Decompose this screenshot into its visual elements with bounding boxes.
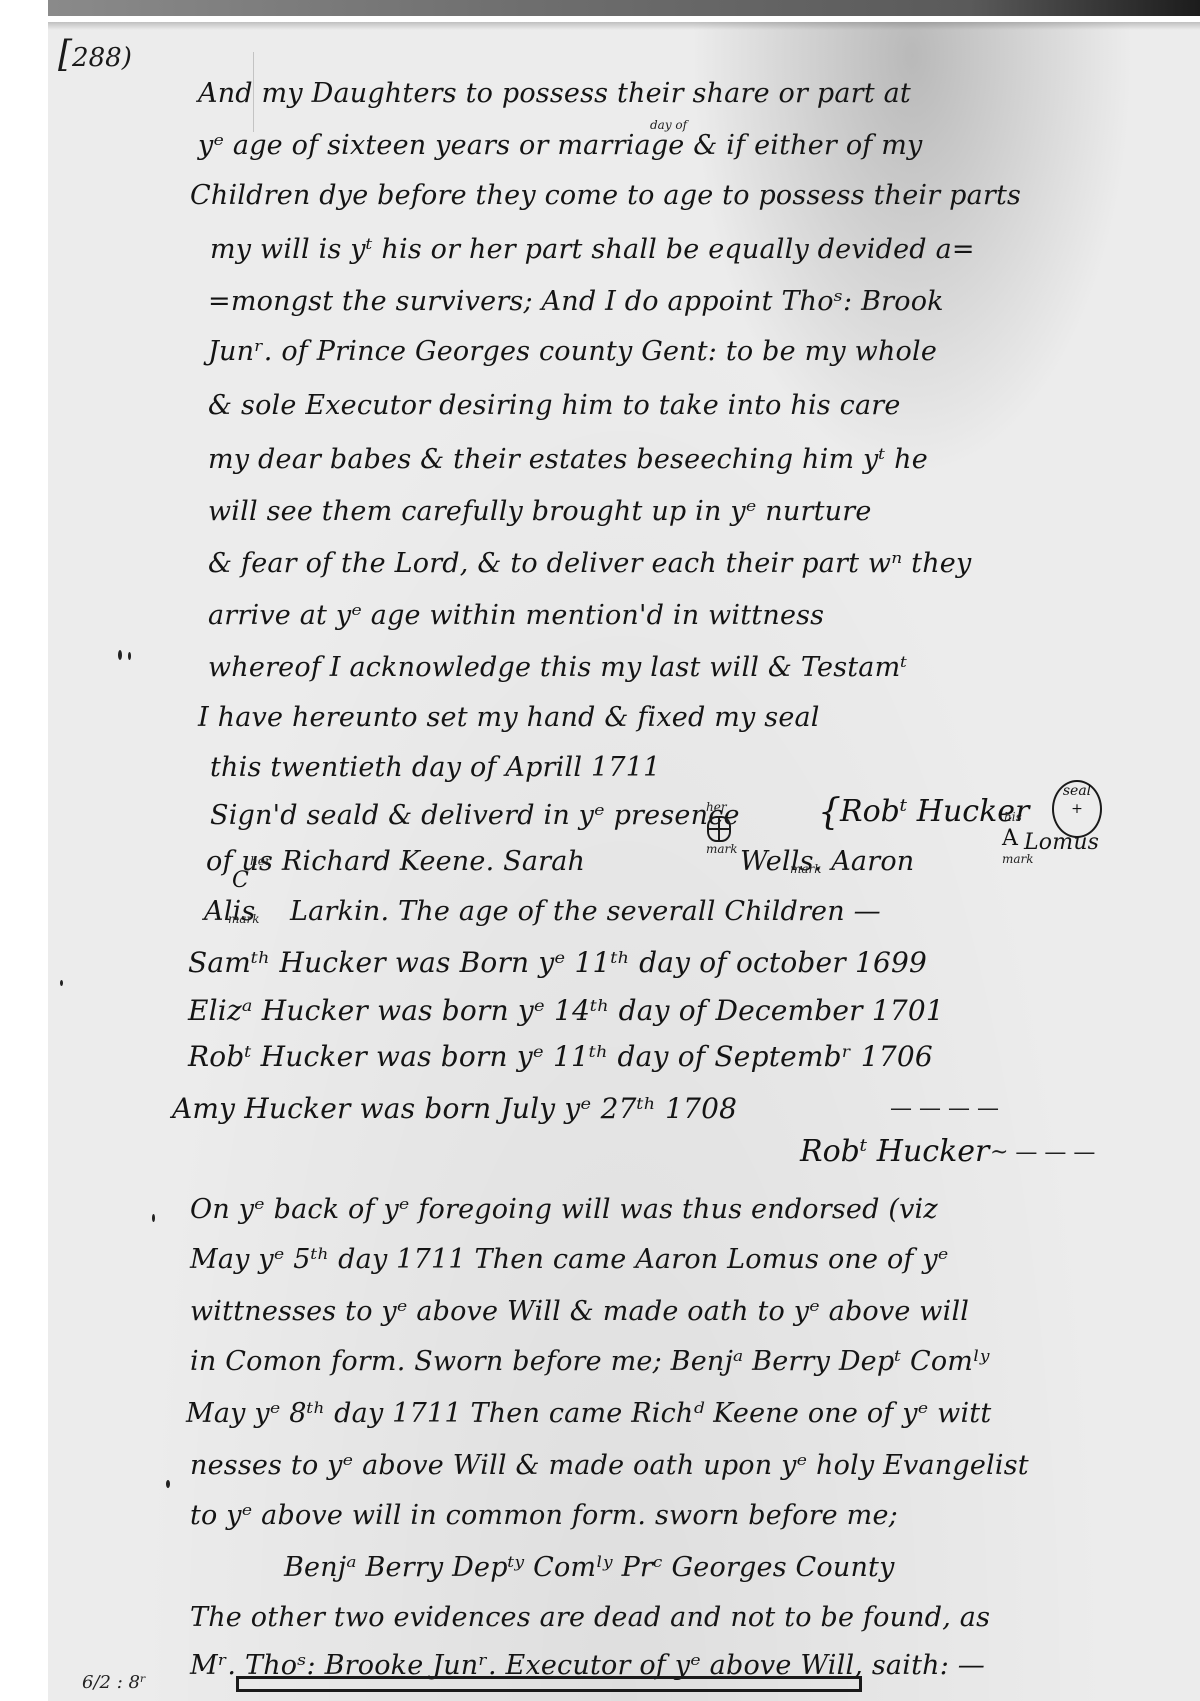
endorsement-line-6: nesses to yᵉ above Will & made oath upon… (190, 1450, 1029, 1481)
interlinear-mark-3: mark (228, 912, 260, 926)
text-line-4: my will is yᵗ his or her part shall be e… (210, 234, 975, 265)
closing-double-rule (236, 1676, 862, 1692)
endorsement-line-5: May yᵉ 8ᵗʰ day 1711 Then came Richᵈ Keen… (186, 1398, 991, 1429)
endorsement-line-7: to yᵉ above will in common form. sworn b… (190, 1500, 898, 1531)
text-line-9: will see them carefully brought up in yᵉ… (208, 496, 872, 527)
text-line-14: this twentieth day of Aprill 1711 (210, 752, 660, 783)
sarah-wells-mark-icon (707, 816, 731, 842)
dash-tail: — — — — (890, 1096, 999, 1121)
text-line-12: whereof I acknowledge this my last will … (208, 652, 907, 683)
endorsement-line-2: May yᵉ 5ᵗʰ day 1711 Then came Aaron Lomu… (190, 1244, 949, 1275)
interlinear-her-2: her (250, 854, 271, 868)
endorsement-line-8: Benjᵃ Berry Depᵗʸ Comˡʸ Prᶜ Georges Coun… (284, 1552, 895, 1583)
text-line-13: I have hereunto set my hand & fixed my s… (198, 702, 820, 733)
interlinear-his-1: his (1004, 810, 1022, 824)
folio-paren: ) (122, 43, 132, 73)
text-line-1: And my Daughters to possess their share … (198, 78, 911, 109)
interlinear-mark-2: mark (1002, 852, 1034, 866)
closing-signature: Robᵗ Hucker (800, 1134, 989, 1169)
text-line-2: yᵉ age of sixteen years or marriage & if… (198, 130, 923, 161)
testator-signature: Robᵗ Hucker (840, 794, 1029, 829)
folio-number: [288) (58, 34, 132, 75)
birth-record-samuel: Samᵗʰ Hucker was Born yᵉ 11ᵗʰ day of oct… (188, 946, 927, 979)
interlinear-her-1: her (706, 800, 727, 814)
text-line-16c: Lomus (1024, 830, 1099, 855)
birth-record-amy: Amy Hucker was born July yᵉ 27ᵗʰ 1708 (172, 1092, 737, 1125)
closing-tail: ~ — — — (990, 1140, 1095, 1165)
margin-note: 6/2 : 8ʳ (82, 1672, 146, 1693)
ink-speck (152, 1214, 155, 1222)
ink-speck (128, 652, 131, 660)
text-line-8: my dear babes & their estates beseeching… (208, 444, 928, 475)
text-line-3: Children dye before they come to age to … (190, 180, 1021, 211)
text-line-7: & sole Executor desiring him to take int… (208, 390, 901, 421)
testator-brace: { (818, 792, 841, 833)
endorsement-line-4: in Comon form. Sworn before me; Benjᵃ Be… (190, 1346, 990, 1377)
scan-top-edge (48, 0, 1200, 16)
endorsement-line-3: wittnesses to yᵉ above Will & made oath … (190, 1296, 969, 1327)
seal-cross: + (1054, 800, 1100, 818)
birth-record-elizabeth: Elizᵃ Hucker was born yᵉ 14ᵗʰ day of Dec… (188, 994, 944, 1027)
text-line-6: Junʳ. of Prince Georges county Gent: to … (208, 336, 937, 367)
interlinear-mark-1: mark (706, 842, 738, 856)
ink-speck (166, 1480, 170, 1488)
text-line-10: & fear of the Lord, & to deliver each th… (208, 548, 971, 579)
text-line-16b: Wells. Aaron (740, 846, 914, 877)
text-line-15: Sign'd seald & deliverd in yᵉ presence (210, 800, 740, 831)
interlinear-mark-4: mark (790, 862, 822, 876)
endorsement-line-9: The other two evidences are dead and not… (190, 1602, 990, 1633)
ink-speck (118, 650, 122, 660)
alis-mark-icon: C (232, 868, 249, 893)
text-line-5: =mongst the survivers; And I do appoint … (208, 286, 944, 317)
ink-speck (60, 980, 63, 986)
seal-label: seal (1054, 782, 1100, 800)
birth-record-robert: Robᵗ Hucker was born yᵉ 11ᵗʰ day of Sept… (188, 1040, 933, 1073)
folio-bracket: [ (58, 34, 72, 75)
folio-number-text: 288 (72, 43, 122, 73)
text-line-17b: Larkin. The age of the severall Children… (290, 896, 881, 927)
aaron-mark-icon: A (1002, 826, 1018, 851)
text-line-11: arrive at yᵉ age within mention'd in wit… (208, 600, 824, 631)
endorsement-line-1: On yᵉ back of yᵉ foregoing will was thus… (190, 1194, 938, 1225)
